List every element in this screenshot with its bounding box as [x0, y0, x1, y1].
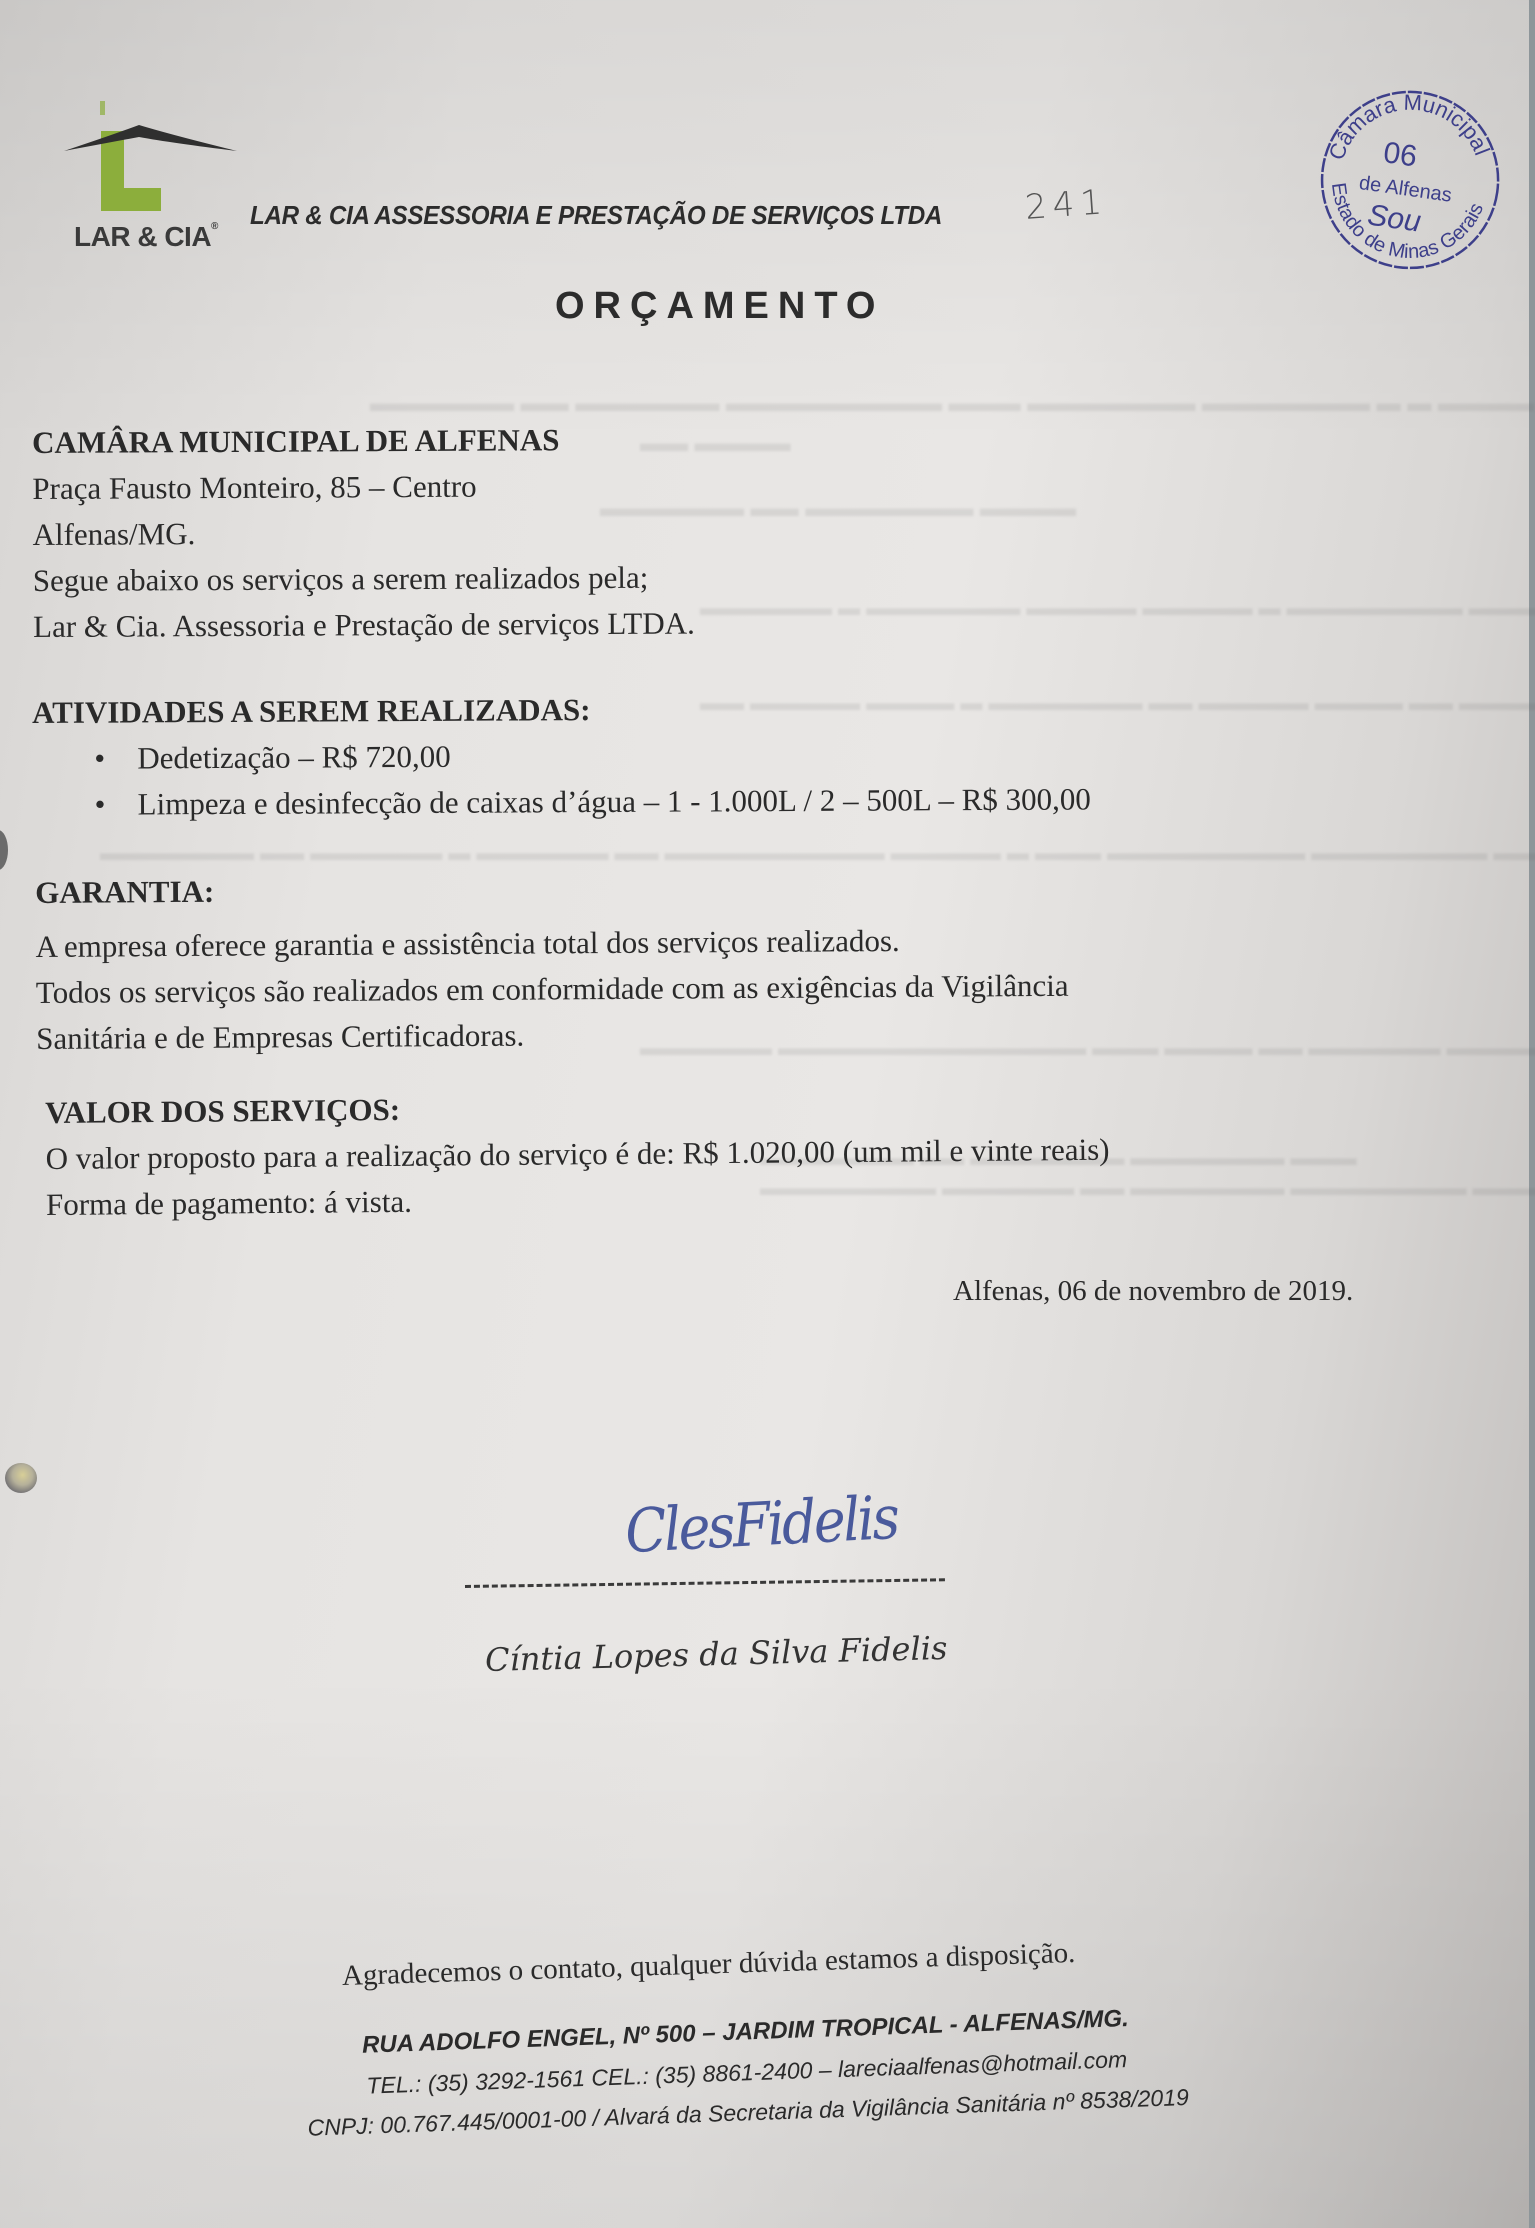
date-line: Alfenas, 06 de novembro de 2019.	[953, 1275, 1353, 1308]
activity-item: •Dedetização – R$ 720,00	[32, 730, 1090, 782]
bullet-icon: •	[94, 736, 105, 782]
activity-text: Limpeza e desinfecção de caixas d’água –…	[138, 781, 1091, 821]
company-footer: RUA ADOLFO ENGEL, Nº 500 – JARDIM TROPIC…	[240, 1995, 1254, 2150]
recipient-city: Alfenas/MG.	[32, 509, 694, 558]
signer-name: Cíntia Lopes da Silva Fidelis	[485, 1629, 948, 1679]
bullet-icon: •	[94, 782, 105, 828]
activities-section: ATIVIDADES A SEREM REALIZADAS: •Dedetiza…	[32, 684, 1091, 828]
recipient-address: Praça Fausto Monteiro, 85 – Centro	[32, 463, 694, 512]
intro-line-1: Segue abaixo os serviços a serem realiza…	[33, 555, 695, 604]
activities-heading: ATIVIDADES A SEREM REALIZADAS:	[32, 684, 1090, 736]
value-line-1: O valor proposto para a realização do se…	[45, 1127, 1109, 1182]
activity-item: •Limpeza e desinfecção de caixas d’água …	[32, 776, 1090, 828]
logo-wordmark: LAR & CIA®	[74, 221, 218, 253]
recipient-block: CAMÂRA MUNICIPAL DE ALFENAS Praça Fausto…	[32, 417, 695, 650]
bleed-through-text: ▬▬▬▬▬▬ ▬▬ ▬▬▬▬▬▬ ▬▬▬▬▬▬▬▬▬ ▬▬▬ ▬▬▬▬▬▬▬ ▬…	[370, 390, 1535, 418]
document-title: ORÇAMENTO	[555, 285, 884, 328]
punch-hole	[5, 1463, 37, 1493]
thanks-message: Agradecemos o contato, qualquer dúvida e…	[341, 1937, 1075, 1993]
intro-line-2: Lar & Cia. Assessoria e Prestação de ser…	[33, 601, 695, 650]
house-logo-icon	[62, 95, 242, 225]
activities-list: •Dedetização – R$ 720,00 •Limpeza e desi…	[32, 730, 1091, 828]
guarantee-heading: GARANTIA:	[35, 863, 1068, 916]
bleed-through-text: ▬▬▬▬▬▬ ▬ ▬▬▬▬▬▬▬ ▬▬▬▬▬ ▬▬▬▬▬ ▬ ▬▬▬▬▬▬▬▬ …	[700, 595, 1535, 621]
company-name: LAR & CIA ASSESSORIA E PRESTAÇÃO DE SERV…	[250, 200, 942, 231]
handwritten-page-number: 241	[1024, 182, 1109, 228]
handwritten-signature: ClesFidelis	[623, 1483, 898, 1567]
recipient-name: CAMÂRA MUNICIPAL DE ALFENAS	[32, 417, 694, 466]
activity-text: Dedetização – R$ 720,00	[137, 739, 451, 776]
stamp-seal-icon: Câmara Municipal Estado de Minas Gerais …	[1306, 76, 1515, 285]
background-edge	[1529, 0, 1535, 2228]
guarantee-line-3: Sanitária e de Empresas Certificadoras.	[36, 1009, 1069, 1062]
guarantee-line-1: A empresa oferece garantia e assistência…	[35, 917, 1068, 970]
payment-terms: Forma de pagamento: á vista.	[46, 1173, 1110, 1228]
guarantee-line-2: Todos os serviços são realizados em conf…	[36, 963, 1069, 1016]
value-section: VALOR DOS SERVIÇOS: O valor proposto par…	[45, 1081, 1110, 1228]
official-stamp: Câmara Municipal Estado de Minas Gerais …	[1306, 76, 1515, 285]
guarantee-section: GARANTIA: A empresa oferece garantia e a…	[35, 863, 1069, 1062]
signature-line	[465, 1578, 945, 1588]
stamp-handwritten-date: 06	[1381, 136, 1419, 173]
bleed-through-text: ▬▬▬▬▬▬▬ ▬▬ ▬▬▬▬▬▬ ▬ ▬▬▬▬▬▬ ▬▬ ▬▬▬▬▬▬▬▬▬▬…	[100, 840, 1535, 866]
punch-hole	[0, 830, 8, 870]
company-logo: LAR & CIA®	[62, 95, 242, 260]
signature-area: ClesFidelis Cíntia Lopes da Silva Fideli…	[465, 1490, 985, 1720]
